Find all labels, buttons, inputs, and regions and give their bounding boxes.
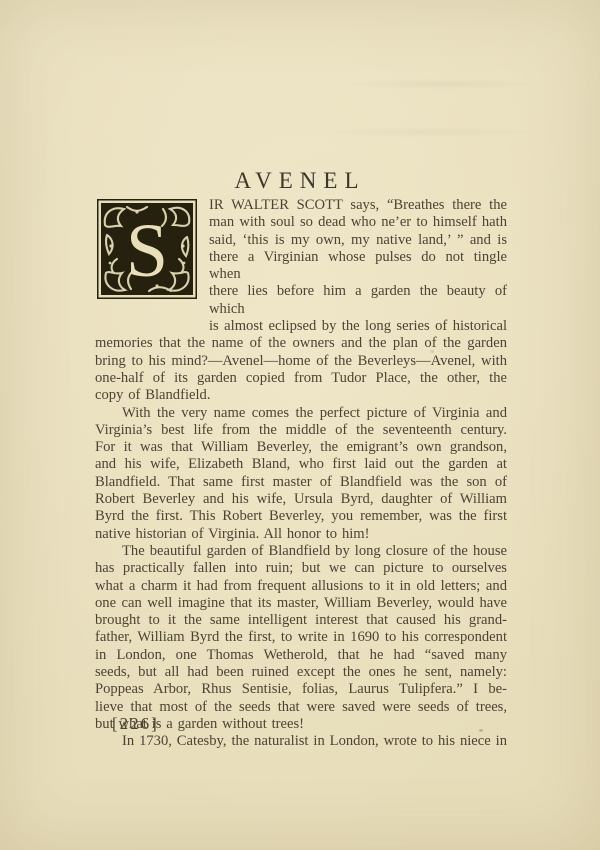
text-line: With the very name comes the perfect pic… [95,405,507,422]
text-line: Byrd the first. This Robert Beverley, yo… [95,508,507,525]
page-title: AVENEL [0,168,600,194]
text-line: there a Virginian whose pulses do not ti… [209,249,507,284]
text-line: there lies before him a garden the beaut… [209,283,507,318]
text-line: one-half of its garden copied from Tudor… [95,370,507,387]
reverse-side-showthrough [250,60,570,180]
text-line: For it was that William Beverley, the em… [95,439,507,456]
scan-speck [479,729,483,732]
text-line: said, ‘this is my own, my native land,’ … [209,232,507,249]
text-line: has practically fallen into ruin; but we… [95,560,507,577]
text-line: what a charm it had from frequent allusi… [95,578,507,595]
text-line: and his wife, Elizabeth Bland, who first… [95,456,507,473]
scan-speck [430,350,434,353]
text-line: one can well imagine that its master, Wi… [95,595,507,612]
text-line: Blandfield. That same first master of Bl… [95,474,507,491]
text-line: Poppeas Arbor, Rhus Sentisie, folias, La… [95,681,507,698]
page-number: [226] [112,714,159,734]
text-line: father, William Byrd the first, to write… [95,629,507,646]
text-line: copy of Blandfield. [95,387,507,404]
paragraph-3: The beautiful garden of Blandfield by lo… [95,543,507,733]
text-line: in London, one Thomas Wetherold, that he… [95,647,507,664]
drop-cap-woodcut-icon: S [97,199,197,299]
body-text: S IR WALTER SCOTT says, “Breathes there … [95,197,507,751]
text-line: Robert Beverley and his wife, Ursula Byr… [95,491,507,508]
paragraph-1-wrapped-lines: IR WALTER SCOTT says, “Breathes there th… [209,197,507,335]
text-line: Virginia’s best life from the middle of … [95,422,507,439]
text-line: In 1730, Catesby, the naturalist in Lond… [95,733,507,750]
drop-cap-letter: S [126,209,168,293]
book-page-scan: AVENEL [0,0,600,850]
drop-cap-ornament: S [97,199,197,299]
paragraph-1-top: S IR WALTER SCOTT says, “Breathes there … [95,197,507,335]
text-line: native historian of Virginia. All honor … [95,526,507,543]
text-line: memories that the name of the owners and… [95,335,507,352]
text-line: brought to it the same intelligent inter… [95,612,507,629]
text-line: man with soul so dead who ne’er to himse… [209,214,507,231]
text-line: is almost eclipsed by the long series of… [209,318,507,335]
text-line: IR WALTER SCOTT says, “Breathes there th… [209,197,507,214]
text-line: seeds, but all had been ruined except th… [95,664,507,681]
text-line: bring to his mind?—Avenel—home of the Be… [95,353,507,370]
paragraph-1-full-lines: memories that the name of the owners and… [95,335,507,404]
paragraph-4: In 1730, Catesby, the naturalist in Lond… [95,733,507,750]
text-line: The beautiful garden of Blandfield by lo… [95,543,507,560]
paragraph-2: With the very name comes the perfect pic… [95,405,507,543]
